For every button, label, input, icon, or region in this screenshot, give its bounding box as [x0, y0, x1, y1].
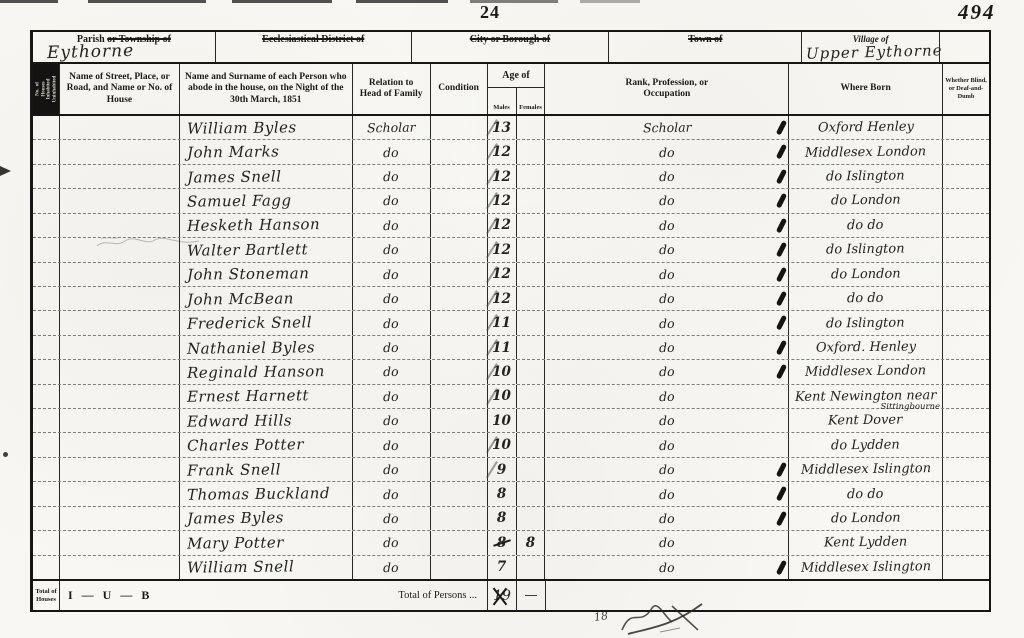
occupation-cell: do [545, 385, 789, 408]
name-cell: James Byles [180, 507, 353, 530]
occupation-value: do [659, 560, 675, 575]
table-row: John Stoneman do 12 do do London [33, 263, 989, 287]
person-name: James Snell [187, 167, 282, 186]
occupation-value: do [659, 291, 675, 306]
condition-cell [431, 311, 488, 334]
born-cell: Kent Lydden [789, 531, 943, 554]
name-cell: James Snell [180, 165, 353, 188]
born-value: Kent Lydden [824, 535, 907, 551]
check-tick-mark [776, 144, 787, 159]
relation-value: do [383, 462, 399, 477]
scan-edge-mark [0, 0, 58, 3]
total-males-value: 19 [493, 588, 511, 604]
person-name: William Byles [187, 118, 297, 137]
street-cell [60, 482, 180, 505]
occupation-cell: do [545, 458, 789, 481]
col-blind-label: Whether Blind, or Deaf-and-Dumb [943, 76, 989, 102]
occupation-value: do [659, 169, 675, 184]
age-males-value: 12 [492, 266, 511, 282]
name-cell: Thomas Buckland [180, 482, 353, 505]
born-value: do Islington [826, 169, 905, 185]
street-cell [60, 263, 180, 286]
born-cell: Kent Newington nearSittingbourne [789, 385, 943, 408]
person-name: Charles Potter [187, 435, 304, 454]
relation-cell: Scholar [353, 116, 431, 139]
table-row: Walter Bartlett do 12 do do Islington [33, 238, 989, 262]
blind-cell [943, 140, 989, 163]
col-name: Name and Surname of each Person who abod… [180, 64, 353, 114]
relation-cell: do [353, 433, 431, 456]
blind-cell [943, 556, 989, 579]
name-cell: Frank Snell [180, 458, 353, 481]
blind-cell [943, 336, 989, 359]
person-name: Edward Hills [187, 411, 292, 430]
blind-cell [943, 165, 989, 188]
age-males-value: 12 [492, 193, 511, 209]
street-cell [60, 385, 180, 408]
census-sheet: 24 494 Parish or Township of Eythorne Ec… [0, 0, 1024, 638]
table-row: Edward Hills do 10 do Kent Dover [33, 409, 989, 433]
col-occupation-label: Rank, Profession, or Occupation [611, 78, 723, 100]
condition-cell [431, 433, 488, 456]
col-born-label: Where Born [841, 83, 891, 94]
occupation-cell: do [545, 556, 789, 579]
census-table: Parish or Township of Eythorne Ecclesias… [30, 30, 991, 612]
born-cell: do London [789, 189, 943, 212]
check-tick-mark [776, 266, 787, 281]
col-blind: Whether Blind, or Deaf-and-Dumb [943, 64, 989, 114]
street-cell [60, 116, 180, 139]
relation-value: do [383, 267, 399, 282]
born-cell: do London [789, 507, 943, 530]
condition-cell [431, 214, 488, 237]
houses-cell [33, 238, 60, 261]
condition-cell [431, 360, 488, 383]
age-females-cell [517, 482, 546, 505]
name-cell: Reginald Hanson [180, 360, 353, 383]
blind-cell [943, 433, 989, 456]
condition-cell [431, 336, 488, 359]
person-name: Reginald Hanson [187, 362, 325, 382]
age-males-cell: 9 [488, 458, 517, 481]
occupation-value: do [659, 462, 675, 477]
occupation-cell: do [545, 409, 789, 432]
age-males-value: 12 [492, 217, 511, 233]
ecclesiastical-label: Ecclesiastical District of [216, 32, 411, 45]
folio-number: 494 [958, 0, 996, 25]
street-cell [60, 287, 180, 310]
age-females-cell [517, 311, 546, 334]
name-cell: Edward Hills [180, 409, 353, 432]
town-box: Town of [609, 32, 802, 62]
condition-cell [431, 263, 488, 286]
relation-value: do [383, 486, 399, 501]
relation-cell: do [353, 482, 431, 505]
age-males-value: 8 [497, 535, 506, 551]
total-persons-label: Total of Persons ... [398, 590, 477, 601]
relation-cell: do [353, 140, 431, 163]
age-males-cell: 8 [488, 507, 517, 530]
blind-cell [943, 482, 989, 505]
born-value: do Islington [826, 315, 905, 331]
check-tick-mark [776, 364, 787, 379]
col-occupation: Rank, Profession, or Occupation [545, 64, 789, 114]
age-females-cell [517, 140, 546, 163]
name-cell: Walter Bartlett [180, 238, 353, 261]
relation-cell: do [353, 556, 431, 579]
born-cell: do Lydden [789, 433, 943, 456]
condition-cell [431, 556, 488, 579]
street-cell [60, 189, 180, 212]
relation-value: do [383, 218, 399, 233]
relation-value: do [383, 340, 399, 355]
street-cell [60, 311, 180, 334]
street-cell [60, 336, 180, 359]
age-males-cell: 10 [488, 385, 517, 408]
relation-cell: do [353, 336, 431, 359]
condition-cell [431, 482, 488, 505]
street-cell [60, 238, 180, 261]
table-row: Nathaniel Byles do 11 do Oxford. Henley [33, 336, 989, 360]
scan-edge-mark [580, 0, 640, 3]
table-row: Ernest Harnett do 10 do Kent Newington n… [33, 385, 989, 409]
col-age: Age of Males Females [488, 64, 546, 114]
condition-cell [431, 458, 488, 481]
houses-cell [33, 311, 60, 334]
street-cell [60, 531, 180, 554]
table-row: Samuel Fagg do 12 do do London [33, 189, 989, 213]
houses-cell [33, 116, 60, 139]
age-males-cell: 10 [488, 360, 517, 383]
age-males-cell: 10 [488, 433, 517, 456]
name-cell: Charles Potter [180, 433, 353, 456]
relation-value: do [383, 511, 399, 526]
born-value: do do [847, 291, 884, 306]
occupation-cell: do [545, 287, 789, 310]
condition-cell [431, 189, 488, 212]
age-females-cell [517, 214, 546, 237]
occupation-value: do [659, 438, 675, 453]
table-row: John McBean do 12 do do do [33, 287, 989, 311]
relation-cell: do [353, 531, 431, 554]
relation-value: do [383, 144, 399, 159]
occupation-cell: do [545, 238, 789, 261]
total-females-cell: — [517, 581, 546, 610]
total-houses-label: Total of Houses [33, 581, 60, 610]
age-males-value: 12 [492, 291, 511, 307]
totals-middle-cell: I — U — B Total of Persons ... [60, 581, 488, 610]
age-females-cell [517, 189, 546, 212]
occupation-cell: do [545, 263, 789, 286]
relation-value: do [383, 389, 399, 404]
relation-value: do [383, 242, 399, 257]
col-relation-label: Relation to Head of Family [358, 78, 424, 100]
street-cell [60, 360, 180, 383]
person-name: Walter Bartlett [187, 240, 308, 259]
name-cell: Mary Potter [180, 531, 353, 554]
age-females-cell [517, 116, 546, 139]
age-males-value: 10 [492, 388, 511, 404]
age-males-cell: 8 [488, 482, 517, 505]
check-tick-mark [776, 193, 787, 208]
age-males-value: 10 [492, 437, 511, 453]
age-males-value: 11 [492, 315, 511, 331]
ecclesiastical-box: Ecclesiastical District of [216, 32, 412, 62]
born-value: do Lydden [831, 437, 900, 453]
name-cell: John McBean [180, 287, 353, 310]
age-males-value: 8 [497, 510, 506, 526]
condition-cell [431, 385, 488, 408]
age-females-cell [517, 507, 546, 530]
age-females-cell [517, 433, 546, 456]
relation-cell: do [353, 263, 431, 286]
born-value: Middlesex London [805, 144, 926, 160]
street-cell [60, 507, 180, 530]
inhabited-uninhabited-building-label: I — U — B [68, 588, 152, 603]
relation-value: do [383, 560, 399, 575]
person-name: Ernest Harnett [187, 387, 309, 406]
age-males-cell: 11 [488, 336, 517, 359]
age-females-cell [517, 165, 546, 188]
parish-value: Eythorne [47, 41, 135, 63]
occupation-value: do [659, 315, 675, 330]
col-born: Where Born [789, 64, 943, 114]
age-females-cell [517, 360, 546, 383]
totals-empty-cell [546, 581, 989, 610]
age-males-value: 7 [497, 559, 506, 575]
born-cell: Kent Dover [789, 409, 943, 432]
born-cell: do do [789, 482, 943, 505]
check-tick-mark [776, 462, 787, 477]
houses-cell [33, 482, 60, 505]
scan-edge-mark [232, 0, 332, 3]
table-row: Hesketh Hanson do 12 do do do [33, 214, 989, 238]
col-age-label: Age of [488, 64, 545, 88]
person-name: Hesketh Hanson [187, 216, 320, 236]
relation-cell: do [353, 311, 431, 334]
born-value: do Islington [826, 242, 905, 258]
table-row: John Marks do 12 do Middlesex London [33, 140, 989, 164]
check-tick-mark [776, 242, 787, 257]
born-cell: do Islington [789, 238, 943, 261]
check-tick-mark [776, 511, 787, 526]
occupation-value: do [659, 364, 675, 379]
age-males-cell: 12 [488, 263, 517, 286]
houses-cell [33, 140, 60, 163]
blind-cell [943, 360, 989, 383]
houses-cell [33, 214, 60, 237]
village-box: Village of Upper Eythorne [802, 32, 940, 62]
city-label: City or Borough of [412, 32, 609, 45]
occupation-value: do [659, 144, 675, 159]
relation-value: do [383, 438, 399, 453]
table-row: William Snell do 7 do Middlesex Islingto… [33, 556, 989, 579]
occupation-value: do [659, 511, 675, 526]
occupation-cell: do [545, 214, 789, 237]
occupation-cell: do [545, 189, 789, 212]
bottom-note: 18 [593, 609, 609, 624]
born-value: Middlesex London [805, 364, 926, 380]
age-males-cell: 12 [488, 287, 517, 310]
born-value: do do [847, 486, 884, 501]
street-cell [60, 556, 180, 579]
born-value: Middlesex Islington [801, 461, 931, 478]
born-cell: do do [789, 214, 943, 237]
name-cell: Hesketh Hanson [180, 214, 353, 237]
scan-edge-mark [356, 0, 448, 3]
age-females-cell [517, 385, 546, 408]
check-tick-mark [776, 340, 787, 355]
occupation-cell: do [545, 531, 789, 554]
born-value: Oxford. Henley [816, 339, 916, 355]
margin-dot-mark [3, 452, 8, 457]
age-females-cell: 8 [517, 531, 546, 554]
born-value: do London [831, 193, 901, 209]
age-females-cell [517, 263, 546, 286]
col-females-label: Females [517, 88, 545, 114]
condition-cell [431, 116, 488, 139]
relation-cell: do [353, 189, 431, 212]
table-row: James Snell do 12 do do Islington [33, 165, 989, 189]
born-cell: Middlesex Islington [789, 458, 943, 481]
occupation-cell: do [545, 360, 789, 383]
houses-cell [33, 263, 60, 286]
occupation-value: do [659, 535, 675, 550]
relation-value: do [383, 364, 399, 379]
houses-cell [33, 189, 60, 212]
name-cell: John Marks [180, 140, 353, 163]
rows: William Byles Scholar 13 Scholar Oxford … [33, 116, 989, 579]
condition-cell [431, 531, 488, 554]
born-cell: do Islington [789, 165, 943, 188]
age-females-value: 8 [526, 535, 535, 551]
born-value: do do [847, 218, 884, 233]
age-males-cell: 10 [488, 409, 517, 432]
name-cell: Frederick Snell [180, 311, 353, 334]
relation-cell: do [353, 214, 431, 237]
occupation-cell: do [545, 482, 789, 505]
condition-cell [431, 287, 488, 310]
relation-cell: do [353, 165, 431, 188]
col-houses: No. of Houses Inhabited Uninhabited [33, 64, 60, 114]
age-females-cell [517, 336, 546, 359]
occupation-value: do [659, 389, 675, 404]
age-males-value: 12 [492, 144, 511, 160]
relation-cell: do [353, 360, 431, 383]
table-row: Mary Potter do 8 8 do Kent Lydden [33, 531, 989, 555]
blind-cell [943, 116, 989, 139]
table-row: Frank Snell do 9 do Middlesex Islington [33, 458, 989, 482]
blind-cell [943, 263, 989, 286]
houses-cell [33, 360, 60, 383]
name-cell: Samuel Fagg [180, 189, 353, 212]
occupation-cell: do [545, 140, 789, 163]
total-females-value: — [525, 588, 538, 603]
age-males-value: 10 [492, 413, 511, 429]
blind-cell [943, 287, 989, 310]
age-males-cell: 12 [488, 214, 517, 237]
col-relation: Relation to Head of Family [353, 64, 431, 114]
houses-cell [33, 556, 60, 579]
occupation-value: do [659, 486, 675, 501]
name-cell: William Snell [180, 556, 353, 579]
blind-cell [943, 409, 989, 432]
relation-cell: do [353, 287, 431, 310]
street-cell [60, 165, 180, 188]
age-males-cell: 8 [488, 531, 517, 554]
city-box: City or Borough of [412, 32, 610, 62]
born-cell: Middlesex London [789, 140, 943, 163]
parish-box: Parish or Township of Eythorne [33, 32, 216, 62]
relation-value: Scholar [367, 120, 416, 136]
born-cell: Middlesex Islington [789, 556, 943, 579]
houses-cell [33, 409, 60, 432]
houses-cell [33, 507, 60, 530]
houses-cell [33, 433, 60, 456]
person-name: Mary Potter [187, 533, 284, 552]
age-males-cell: 7 [488, 556, 517, 579]
person-name: John McBean [187, 289, 294, 308]
relation-cell: do [353, 238, 431, 261]
born-value: Kent Dover [828, 413, 902, 429]
occupation-value: do [659, 413, 675, 428]
totals-row: Total of Houses I — U — B Total of Perso… [33, 579, 989, 610]
page-number: 24 [480, 2, 500, 23]
condition-cell [431, 409, 488, 432]
relation-value: do [383, 193, 399, 208]
age-males-value: 8 [497, 486, 506, 502]
occupation-value: do [659, 340, 675, 355]
condition-cell [431, 238, 488, 261]
relation-value: do [383, 535, 399, 550]
born-cell: do Islington [789, 311, 943, 334]
total-males-cell: 19 [488, 581, 517, 610]
blind-cell [943, 385, 989, 408]
born-value: do London [831, 511, 901, 527]
person-name: John Marks [187, 143, 280, 162]
born-subvalue: Sittingbourne [880, 402, 940, 412]
name-cell: Nathaniel Byles [180, 336, 353, 359]
table-row: Thomas Buckland do 8 do do do [33, 482, 989, 506]
occupation-cell: do [545, 165, 789, 188]
occupation-cell: Scholar [545, 116, 789, 139]
blind-cell [943, 531, 989, 554]
occupation-value: do [659, 242, 675, 257]
table-row: James Byles do 8 do do London [33, 507, 989, 531]
born-cell: Middlesex London [789, 360, 943, 383]
occupation-cell: do [545, 311, 789, 334]
age-males-cell: 12 [488, 140, 517, 163]
col-name-label: Name and Surname of each Person who abod… [182, 72, 350, 106]
col-condition: Condition [431, 64, 488, 114]
relation-value: do [383, 169, 399, 184]
age-males-value: 11 [492, 340, 511, 356]
col-houses-label: No. of Houses Inhabited Uninhabited [35, 76, 57, 103]
blind-cell [943, 311, 989, 334]
age-females-cell [517, 409, 546, 432]
street-cell [60, 140, 180, 163]
age-males-cell: 12 [488, 165, 517, 188]
occupation-value: Scholar [642, 120, 691, 136]
houses-cell [33, 336, 60, 359]
check-tick-mark [776, 217, 787, 232]
col-street-label: Name of Street, Place, or Road, and Name… [62, 72, 176, 106]
person-name: Frank Snell [187, 460, 281, 479]
blind-cell [943, 238, 989, 261]
born-cell: Oxford. Henley [789, 336, 943, 359]
relation-cell: do [353, 409, 431, 432]
age-females-cell [517, 287, 546, 310]
